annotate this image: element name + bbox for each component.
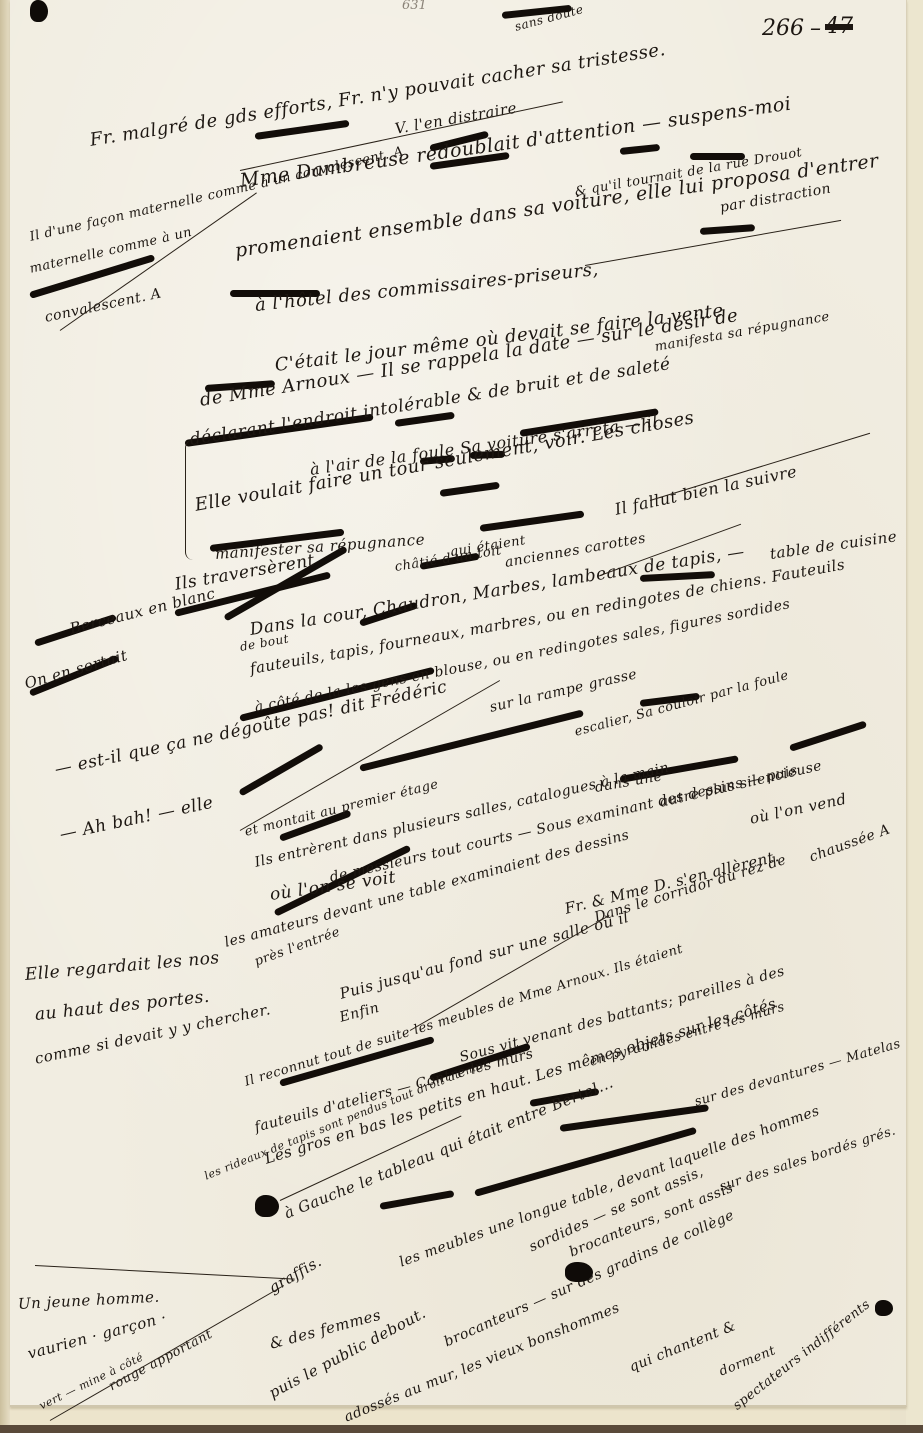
strikethrough-mark	[440, 482, 500, 497]
page-number: 266	[762, 16, 804, 41]
handwritten-line: On en sortait	[23, 646, 130, 693]
handwritten-line: de bout	[239, 631, 290, 653]
strikethrough-mark	[255, 120, 350, 140]
ink-blot	[30, 0, 48, 22]
handwritten-line: Fr. & Mme D. s'en allèrent.	[563, 847, 781, 918]
page-edge	[906, 0, 923, 1433]
handwritten-line: sur la rampe grasse	[488, 666, 639, 716]
handwritten-line: vaurien · garçon ·	[26, 1308, 169, 1362]
strikethrough-mark	[620, 144, 661, 155]
page-number-dash: –	[810, 16, 821, 41]
ink-blot	[875, 1300, 893, 1316]
handwritten-line: convalescent. A	[43, 285, 163, 325]
handwritten-line: — Ah bah! — elle	[58, 793, 215, 845]
handwritten-line: où l'on vend	[748, 790, 848, 828]
handwritten-line: Enfin	[338, 1000, 381, 1026]
handwritten-line: à l'hôtel des commissaires-priseurs,	[254, 259, 600, 316]
strikethrough-mark	[700, 224, 755, 235]
insertion-stroke	[35, 1265, 295, 1280]
strikethrough-mark	[379, 1190, 454, 1210]
handwritten-line: chaussée A	[807, 822, 892, 866]
handwritten-line: Puis jusqu'au fond sur une salle où il	[338, 908, 631, 1003]
archive-number: 631	[402, 0, 427, 13]
ink-blot	[255, 1195, 279, 1217]
handwritten-line: Elle regardait les nos	[24, 948, 220, 985]
strikethrough-mark	[480, 510, 585, 532]
insertion-stroke	[650, 433, 870, 501]
bottom-strip	[0, 1425, 923, 1433]
handwritten-line: sur des devantures — Matelas	[693, 1036, 903, 1109]
ink-blot	[565, 1262, 593, 1282]
handwritten-line: Il fallut bien la suivre	[613, 462, 799, 519]
strikethrough-mark	[560, 1104, 710, 1132]
handwritten-line: Un jeune homme.	[18, 1288, 161, 1313]
manuscript-page: 631 266 – 47 Fr. malgré de gds efforts, …	[10, 0, 907, 1407]
margin-bracket	[185, 440, 194, 560]
strikethrough-mark	[789, 720, 867, 751]
page-number-struck: 47	[825, 14, 853, 39]
handwritten-line: V. l'en distraire	[393, 99, 518, 138]
